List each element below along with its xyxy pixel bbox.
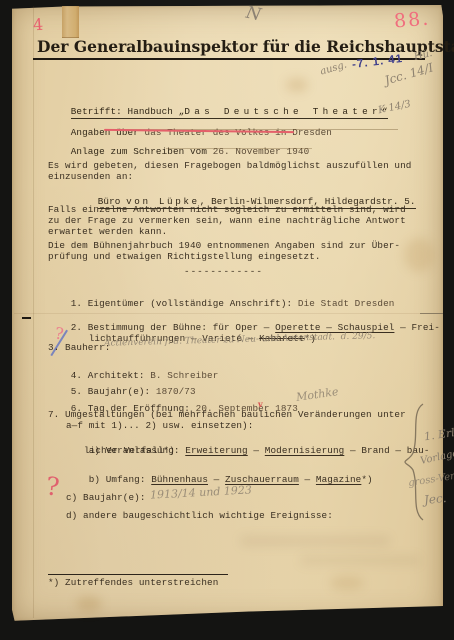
- question-1-value: Die Stadt Dresden: [298, 298, 395, 309]
- question-7b-rest: *): [361, 474, 372, 485]
- question-7-head-2: a—f mit 1)... 2) usw. einsetzen):: [66, 420, 253, 431]
- intro-paragraph-2-line-1: Falls einzelne Antworten nicht sogleich …: [48, 204, 406, 215]
- scan-background: 4 N 88. Der Generalbauinspektor für die …: [0, 0, 454, 640]
- intro-paragraph-2-line-2: zu der Frage zu vermerken sein, wann ein…: [48, 215, 406, 226]
- bleed-through-mark: [300, 556, 420, 565]
- question-7b-sep-2: —: [299, 474, 316, 485]
- question-2-seg2: — Frei-: [394, 322, 439, 333]
- question-7a-line-2: licher Verfall*): [84, 445, 175, 456]
- stain-mark: [404, 238, 434, 272]
- question-7a-choice-1: Erweiterung: [185, 445, 247, 456]
- intro-paragraph-1-line-2: einzusenden an:: [48, 171, 133, 182]
- question-7a-choice-2: Modernisierung: [265, 445, 345, 456]
- red-page-number: 88.: [393, 7, 431, 32]
- question-7a-sep: —: [248, 445, 265, 456]
- question-7d: d) andere baugeschichtlich wichtige Erei…: [66, 510, 333, 521]
- question-1-label: 1. Eigentümer (vollständige Anschrift):: [71, 298, 298, 309]
- margin-dash-mark: [22, 317, 31, 319]
- red-corner-number: 4: [32, 15, 43, 35]
- footnote-text: *) Zutreffendes unterstreichen: [48, 577, 218, 588]
- question-3: 3. Bauherr:: [48, 342, 110, 353]
- question-7b-sep-1: —: [208, 474, 225, 485]
- red-check-mark: v: [258, 399, 263, 409]
- vertical-crease: [33, 6, 34, 618]
- stain-mark: [76, 596, 102, 612]
- fill-line: [166, 148, 312, 149]
- intro-paragraph-1-line-1: Es wird gebeten, diesen Fragebogen baldm…: [48, 160, 411, 171]
- separator-dashes: ------------: [184, 266, 263, 277]
- question-7b-choice-3: Magazine: [316, 474, 361, 485]
- brace-note-4: Jec.: [423, 491, 447, 507]
- intro-paragraph-2-line-3: erwartet werden kann.: [48, 226, 167, 237]
- question-7b-choice-1: Bühnenhaus: [151, 474, 208, 485]
- subject-close-quote: “: [382, 106, 388, 117]
- footnote-rule: [48, 574, 228, 575]
- question-7-head-1: 7. Umgestaltungen (bei mehrfachen baulic…: [48, 409, 406, 420]
- stain-mark: [330, 576, 364, 590]
- tape-mark: [62, 6, 79, 38]
- stain-mark: [286, 78, 308, 92]
- question-7c: c) Baujahr(e):: [66, 492, 151, 503]
- intro-paragraph-3-line-1: Die dem Bühnenjahrbuch 1940 entnommenen …: [48, 240, 400, 251]
- question-7b-label: b) Umfang:: [89, 474, 151, 485]
- bleed-through-mark: [240, 536, 390, 546]
- intro-paragraph-3-line-2: prüfung und etwaigen Richtigstellung ein…: [48, 251, 321, 262]
